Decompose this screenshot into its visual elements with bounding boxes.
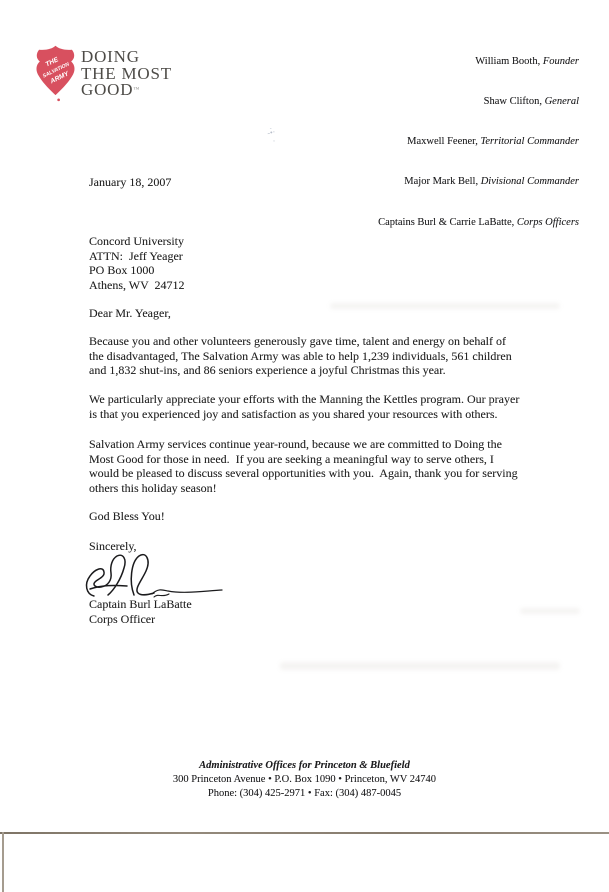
- salvation-army-shield-icon: THE SALVATION ARMY: [32, 44, 79, 104]
- official-title: Divisional Commander: [481, 176, 579, 187]
- scan-streak: [330, 303, 560, 309]
- trademark-symbol: ™: [133, 87, 140, 93]
- shield-registered-dot: [57, 99, 60, 102]
- official-title: Corps Officers: [517, 217, 579, 228]
- paragraph-1: Because you and other volunteers generou…: [89, 334, 512, 378]
- recipient-line: Athens, WV 24712: [89, 278, 185, 293]
- official-name: William Booth,: [475, 56, 543, 67]
- page-left-edge: [2, 832, 4, 892]
- paragraph-2: We particularly appreciate your efforts …: [89, 392, 519, 421]
- blessing-line: God Bless You!: [89, 509, 165, 524]
- footer: Administrative Offices for Princeton & B…: [0, 759, 609, 800]
- official-name: Shaw Clifton,: [484, 96, 545, 107]
- official-row: Shaw Clifton, General: [378, 95, 579, 108]
- official-title: Territorial Commander: [480, 136, 579, 147]
- paragraph-line: Most Good for those in need. If you are …: [89, 452, 518, 467]
- tagline: DOING THE MOST GOOD™: [81, 49, 172, 99]
- signer-title: Corps Officer: [89, 612, 192, 627]
- signer-block: Captain Burl LaBatte Corps Officer: [89, 597, 192, 626]
- footer-phone-line: Phone: (304) 425-2971 • Fax: (304) 487-0…: [0, 787, 609, 801]
- tagline-line-3: GOOD™: [81, 82, 172, 99]
- footer-office-line: Administrative Offices for Princeton & B…: [0, 759, 609, 773]
- paragraph-3: Salvation Army services continue year-ro…: [89, 437, 518, 496]
- paragraph-line: others this holiday season!: [89, 481, 518, 496]
- scan-streak: [520, 608, 580, 614]
- officials-list: William Booth, Founder Shaw Clifton, Gen…: [378, 28, 579, 256]
- paragraph-line: We particularly appreciate your efforts …: [89, 392, 519, 407]
- page-bottom-edge: [0, 832, 609, 834]
- letter-date: January 18, 2007: [89, 175, 171, 190]
- scanned-letter-page: THE SALVATION ARMY DOING THE MOST GOOD™ …: [0, 0, 609, 892]
- recipient-line: PO Box 1000: [89, 263, 185, 278]
- paragraph-line: Because you and other volunteers generou…: [89, 334, 512, 349]
- footer-address-line: 300 Princeton Avenue • P.O. Box 1090 • P…: [0, 773, 609, 787]
- official-row: Maxwell Feener, Territorial Commander: [378, 135, 579, 148]
- signer-name: Captain Burl LaBatte: [89, 597, 192, 612]
- paragraph-line: the disadvantaged, The Salvation Army wa…: [89, 349, 512, 364]
- recipient-block: Concord University ATTN: Jeff Yeager PO …: [89, 234, 185, 293]
- scan-smudge: -•̀⋅ ⋅: [266, 127, 277, 146]
- salutation: Dear Mr. Yeager,: [89, 306, 171, 321]
- paragraph-line: is that you experienced joy and satisfac…: [89, 407, 519, 422]
- official-row: William Booth, Founder: [378, 55, 579, 68]
- official-row: Major Mark Bell, Divisional Commander: [378, 175, 579, 188]
- scan-streak: [280, 662, 560, 670]
- official-title: General: [545, 96, 579, 107]
- recipient-line: ATTN: Jeff Yeager: [89, 249, 185, 264]
- official-title: Founder: [543, 56, 579, 67]
- official-row: Captains Burl & Carrie LaBatte, Corps Of…: [378, 216, 579, 229]
- official-name: Major Mark Bell,: [404, 176, 480, 187]
- paragraph-line: would be pleased to discuss several oppo…: [89, 466, 518, 481]
- official-name: Captains Burl & Carrie LaBatte,: [378, 217, 517, 228]
- paragraph-line: Salvation Army services continue year-ro…: [89, 437, 518, 452]
- official-name: Maxwell Feener,: [407, 136, 480, 147]
- recipient-line: Concord University: [89, 234, 185, 249]
- signature-scribble-icon: [84, 552, 224, 602]
- shield-icon-svg: THE SALVATION ARMY: [32, 44, 79, 104]
- paragraph-line: and 1,832 shut-ins, and 86 seniors exper…: [89, 363, 512, 378]
